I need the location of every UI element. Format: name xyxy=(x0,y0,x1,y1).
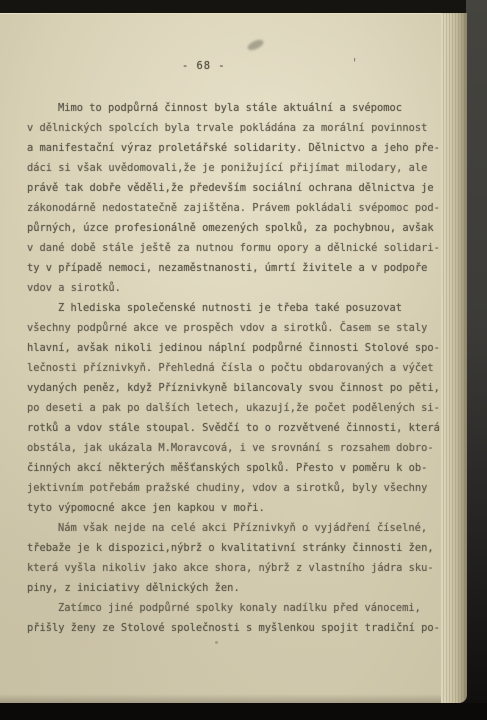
text-line: jektivním potřebám pražské chudiny, vdov… xyxy=(27,478,443,498)
text-line: hlavní, avšak nikoli jedinou náplní podp… xyxy=(27,338,443,358)
text-line: právě tak dobře věděli,že především soci… xyxy=(27,178,443,198)
scan-backdrop-right xyxy=(466,0,487,720)
text-line: všechny podpůrné akce ve prospěch vdov a… xyxy=(27,318,443,338)
text-line: a manifestační výraz proletářské solidar… xyxy=(27,138,443,158)
text-line: přišly ženy ze Stolové společnosti s myš… xyxy=(27,618,443,638)
text-line: Z hlediska společenské nutnosti je třeba… xyxy=(27,298,443,318)
text-line: tyto výpomocné akce jen kapkou v moři. xyxy=(27,498,443,518)
text-line: dáci si však uvědomovali,že je ponižujíc… xyxy=(27,158,443,178)
text-line: piny, z iniciativy dělnických žen. xyxy=(27,578,443,598)
text-line: v dělnických spolcích byla trvale poklád… xyxy=(27,118,443,138)
text-line: Mimo to podpůrná činnost byla stále aktu… xyxy=(27,98,443,118)
text-line: obstála, jak ukázala M.Moravcová, i ve s… xyxy=(27,438,443,458)
text-line: Nám však nejde na celé akci Příznivkyň o… xyxy=(27,518,443,538)
stray-dot xyxy=(215,641,218,644)
scan-backdrop-bottom xyxy=(0,703,487,720)
text-line: ty v případě nemoci, nezaměstnanosti, úm… xyxy=(27,258,443,278)
text-line: půrných, úzce profesionálně omezených sp… xyxy=(27,218,443,238)
text-line: vydaných peněz, když Příznivkyně bilanco… xyxy=(27,378,443,398)
text-line: rotků a vdov stále stoupal. Svědčí to o … xyxy=(27,418,443,438)
document-page: - 68 - Mimo to podpůrná činnost byla stá… xyxy=(0,13,441,703)
text-line: která vyšla nikoliv jako akce shora, nýb… xyxy=(27,558,443,578)
text-line: Zatímco jiné podpůrné spolky konaly nadí… xyxy=(27,598,443,618)
page-number: - 68 - xyxy=(182,60,226,72)
scanned-document-photo: - 68 - Mimo to podpůrná činnost byla stá… xyxy=(0,0,487,720)
text-line: po deseti a pak po dalších letech, ukazu… xyxy=(27,398,443,418)
text-line: v dané době stále ještě za nutnou formu … xyxy=(27,238,443,258)
text-line: třebaže je k dispozici,nýbrž o kvalitati… xyxy=(27,538,443,558)
text-line: lečnosti příznivkyň. Přehledná čísla o p… xyxy=(27,358,443,378)
text-line: činných akcí některých měšťanských spolk… xyxy=(27,458,443,478)
stray-mark: ' xyxy=(351,56,358,70)
text-line: zákonodárně nedostatečně zajištěna. Práv… xyxy=(27,198,443,218)
ink-smudge xyxy=(246,38,265,52)
text-line: vdov a sirotků. xyxy=(27,278,443,298)
typewritten-text-block: Mimo to podpůrná činnost byla stále aktu… xyxy=(27,98,443,638)
